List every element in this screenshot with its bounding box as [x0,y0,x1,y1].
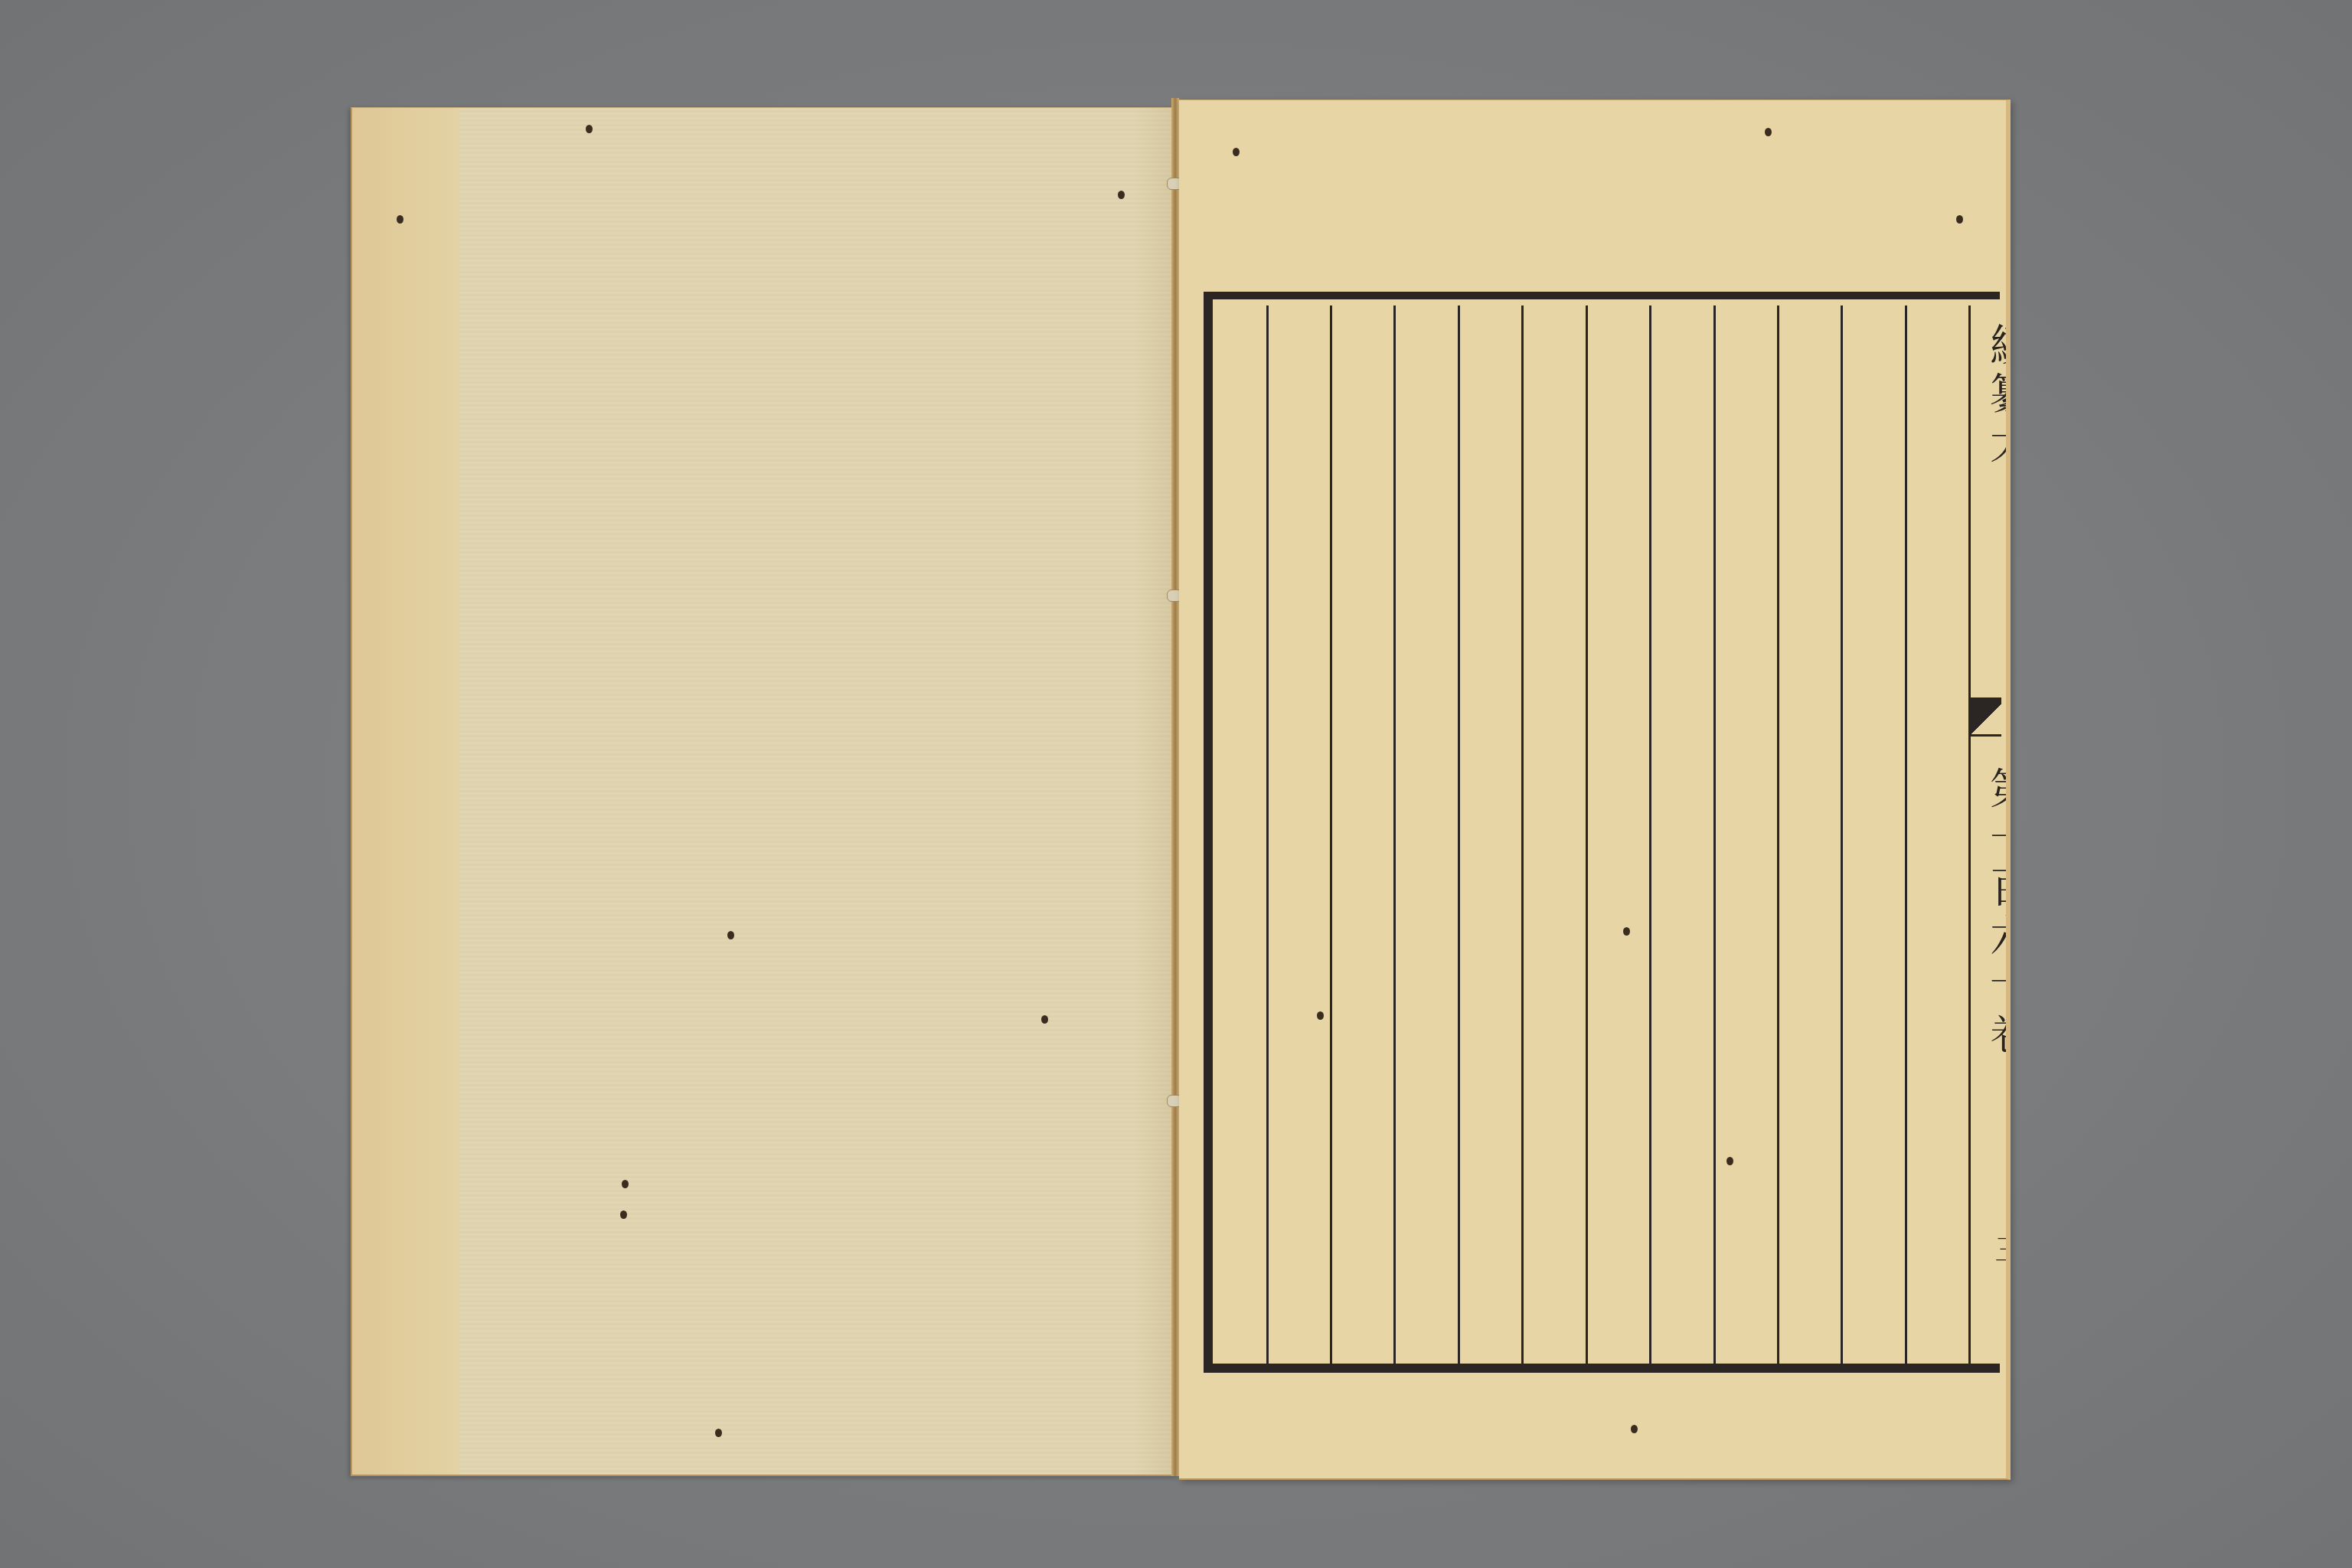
wormhole [1233,148,1240,156]
right-page: 續纂大 第一百六十卷 三 [1179,100,2011,1480]
center-margin-column: 續纂大 第一百六十卷 三 [1971,299,2011,1364]
wormhole [715,1429,722,1437]
column-rule [1586,305,1588,1364]
margin-book-title: 續纂大 [1986,322,2011,469]
left-page-blank-panel [459,108,1179,1475]
wormhole [620,1210,627,1219]
wormhole [1041,1015,1048,1024]
wormhole [397,215,403,224]
wormhole [727,931,734,939]
column-rule [1458,305,1460,1364]
column-rule [1905,305,1907,1364]
column-rule [1649,305,1651,1364]
left-page-edge-strip [352,108,459,1475]
wormhole [1765,128,1772,136]
wormhole [1118,191,1125,199]
column-rule [1777,305,1779,1364]
wormhole [1631,1425,1638,1433]
column-rule [1330,305,1332,1364]
margin-page-number: 三 [1986,1233,2011,1270]
wormhole [1956,215,1963,224]
open-book: 續纂大 第一百六十卷 三 [0,0,2352,1568]
printed-frame: 續纂大 第一百六十卷 三 [1204,292,2000,1373]
column-rule [1713,305,1716,1364]
left-page [351,107,1179,1476]
column-rule [1521,305,1524,1364]
margin-volume-number: 第一百六十卷 [1986,766,2011,1060]
column-rule [1266,305,1269,1364]
book-gutter [1171,98,1179,1476]
column-rule [1393,305,1396,1364]
wormhole [586,125,593,133]
wormhole [622,1180,629,1188]
column-rule [1841,305,1843,1364]
fishtail-mark [1971,697,2001,737]
